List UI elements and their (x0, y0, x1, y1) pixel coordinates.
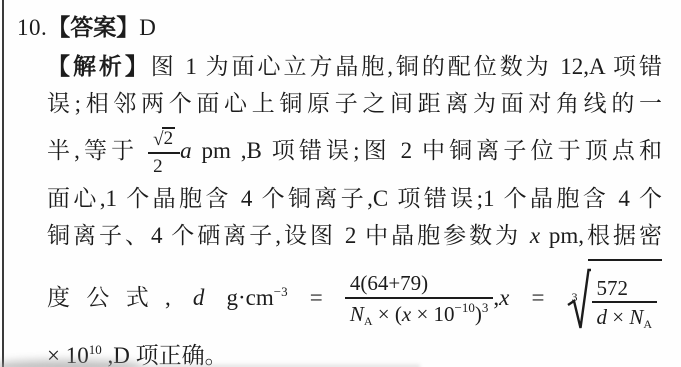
analysis-text-1: 图 1 为面心立方晶胞,铜的配位数为 12,A 项错 (151, 54, 662, 79)
answer-row: 10.【答案】D (17, 8, 662, 48)
den-times-open: × ( (373, 302, 402, 326)
den-close-paren: ) (475, 302, 482, 326)
analysis-line-3: 半,等于 √22a pm ,B 项错误;图 2 中铜离子位于顶点和 (47, 122, 662, 180)
answer-value: D (139, 15, 156, 40)
root-den-variable-d: d (597, 305, 608, 329)
avogadro-subscript: A (364, 314, 373, 328)
unit-pm: pm (201, 138, 230, 163)
den-times-ten: × 10 (411, 302, 454, 326)
root-den-avogadro-sub: A (643, 317, 652, 331)
line5-pre: 铜离子、4 个硒离子,设图 2 中晶胞参数为 (47, 223, 521, 248)
line3-post: ,B 项错误;图 2 中铜离子位于顶点和 (231, 138, 662, 163)
variable-a: a (180, 138, 192, 163)
line5-post: ,根据密 (578, 223, 662, 248)
scanned-answer-page: { "colors": {"text": "#1c1c1c", "backgro… (0, 0, 681, 367)
root-fraction: 572d × NA (592, 276, 658, 332)
density-unit: g·cm (227, 285, 274, 310)
root-fraction-numerator: 572 (592, 276, 658, 301)
density-fraction-numerator: 4(64+79) (345, 271, 494, 297)
analysis-label: 【解析】 (47, 54, 151, 79)
times-ten-exponent: 10 (89, 342, 102, 357)
variable-x: x (530, 223, 540, 248)
line6-pre: 度公式, (47, 285, 171, 310)
den-outer-exponent: 3 (482, 300, 489, 315)
analysis-line-4: 面心,1 个晶胞含 4 个铜离子,C 项错误;1 个晶胞含 4 个 (47, 180, 662, 217)
analysis-text-4: 面心,1 个晶胞含 4 个铜离子,C 项错误;1 个晶胞含 4 个 (47, 186, 662, 211)
den-variable-x: x (402, 302, 411, 326)
fraction-numerator: √2 (148, 127, 180, 152)
answer-label: 【答案】 (47, 15, 139, 40)
root-den-avogadro: N (629, 305, 643, 329)
equals-sign: = (310, 285, 323, 310)
density-fraction-denominator: NA × (x × 10−10)3 (345, 297, 494, 329)
radicand: 2 (162, 127, 176, 149)
solve-variable-x: x (499, 285, 509, 310)
root-den-times: × (607, 305, 629, 329)
cube-root-radicand: 572d × NA (588, 259, 663, 340)
sqrt2-over-2-fraction: √22 (148, 127, 180, 178)
avogadro-symbol: N (350, 302, 364, 326)
fraction-denominator: 2 (148, 152, 180, 178)
analysis-line-6: 度公式, d g·cm−3 = 4(64+79)NA × (x × 10−10)… (47, 254, 662, 330)
radical-icon: √ (153, 129, 163, 151)
line3-pre: 半,等于 (47, 138, 138, 163)
root-fraction-denominator: d × NA (592, 301, 658, 332)
question-number: 10. (17, 15, 47, 40)
analysis-line-1: 【解析】图 1 为面心立方晶胞,铜的配位数为 12,A 项错 (47, 48, 662, 85)
scan-artifact-smudge (0, 359, 142, 367)
density-variable: d (193, 285, 205, 310)
analysis-text-2: 误;相邻两个面心上铜原子之间距离为面对角线的一 (47, 91, 662, 116)
density-fraction: 4(64+79)NA × (x × 10−10)3 (345, 271, 494, 329)
cube-root-index: 3 (572, 259, 578, 335)
equals-sign-2: = (531, 285, 544, 310)
unit-pm-2: pm (549, 223, 578, 248)
density-unit-exponent: −3 (274, 284, 288, 299)
answer-key-content: 10.【答案】D 【解析】图 1 为面心立方晶胞,铜的配位数为 12,A 项错 … (0, 0, 681, 367)
analysis-line-2: 误;相邻两个面心上铜原子之间距离为面对角线的一 (47, 85, 662, 122)
cube-root: 3572d × NA (567, 259, 663, 340)
analysis-line-5: 铜离子、4 个硒离子,设图 2 中晶胞参数为 x pm,根据密 (47, 217, 662, 254)
analysis-block: 【解析】图 1 为面心立方晶胞,铜的配位数为 12,A 项错 误;相邻两个面心上… (47, 48, 662, 367)
den-inner-exponent: −10 (455, 300, 475, 315)
